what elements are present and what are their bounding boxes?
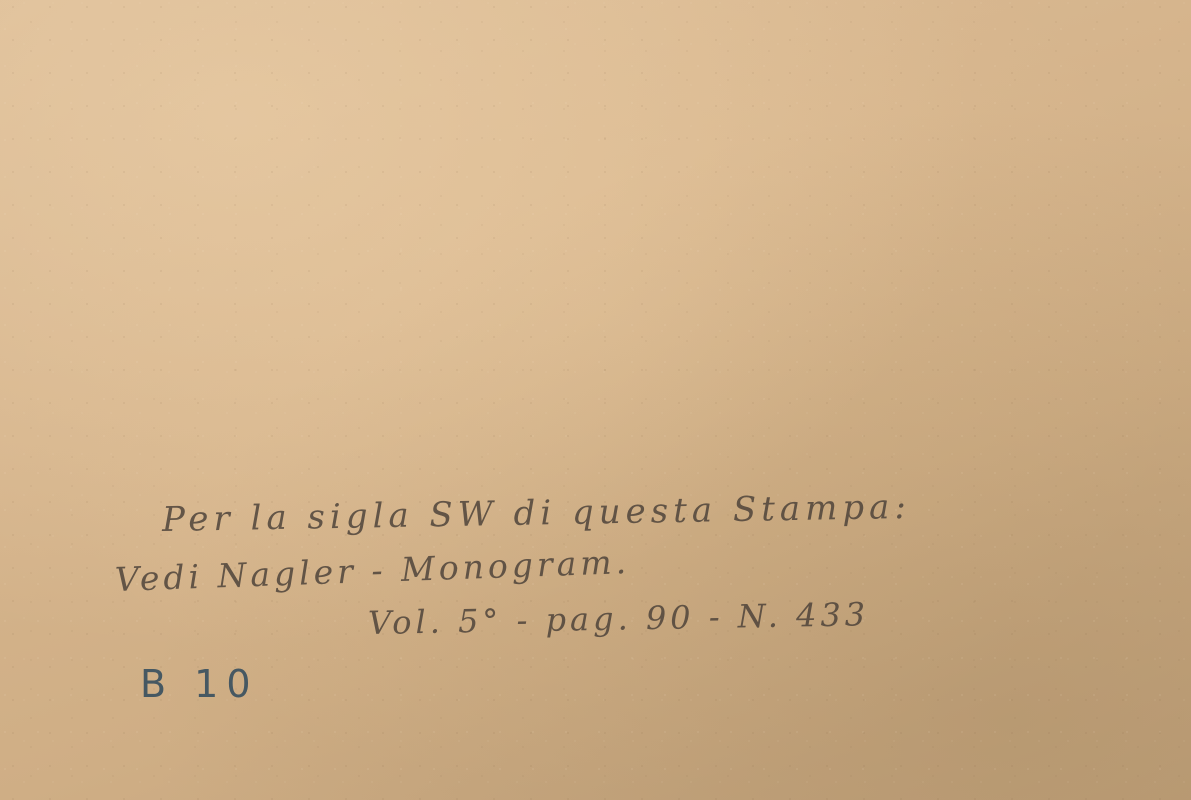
catalog-mark: B 10 xyxy=(140,662,259,706)
paper-sheet: Per la sigla SW di questa Stampa: Vedi N… xyxy=(0,0,1191,800)
